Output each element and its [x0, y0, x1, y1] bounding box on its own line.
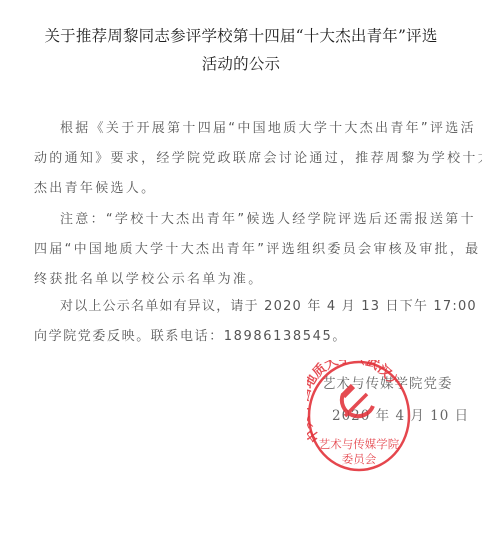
- paragraph-2-line-1: 注意：“学校十大杰出青年”候选人经学院评选后还需报送第十: [60, 208, 476, 227]
- paragraph-1-line-3: 杰出青年候选人。: [34, 177, 156, 196]
- paragraph-2-line-2: 四届“中国地质大学十大杰出青年”评选组织委员会审核及审批，最: [34, 238, 480, 257]
- svg-text:中共中国地质大学（武汉）: 中共中国地质大学（武汉）: [307, 360, 403, 445]
- document-title-line2: 活动的公示: [0, 52, 482, 74]
- paragraph-3-line-2: 向学院党委反映。联系电话：18986138545。: [34, 325, 347, 344]
- document-title-line1: 关于推荐周黎同志参评学校第十四届“十大杰出青年”评选: [0, 24, 482, 46]
- official-seal: 中共中国地质大学（武汉） 艺术与传媒学院 委员会: [307, 360, 411, 472]
- hammer-sickle-icon: [341, 384, 373, 416]
- paragraph-2-line-3: 终获批名单以学校公示名单为准。: [34, 268, 264, 287]
- seal-inner-line1: 艺术与传媒学院: [319, 437, 400, 451]
- paragraph-1-line-2: 动的通知》要求，经学院党政联席会讨论通过，推荐周黎为学校十大: [34, 147, 482, 166]
- seal-inner-line2: 委员会: [342, 452, 377, 466]
- paragraph-3-line-1: 对以上公示名单如有异议，请于 2020 年 4 月 13 日下午 17:00 前: [60, 295, 482, 314]
- seal-outer-text: 中共中国地质大学（武汉）: [307, 360, 403, 445]
- paragraph-1-line-1: 根据《关于开展第十四届“中国地质大学十大杰出青年”评选活: [60, 117, 476, 136]
